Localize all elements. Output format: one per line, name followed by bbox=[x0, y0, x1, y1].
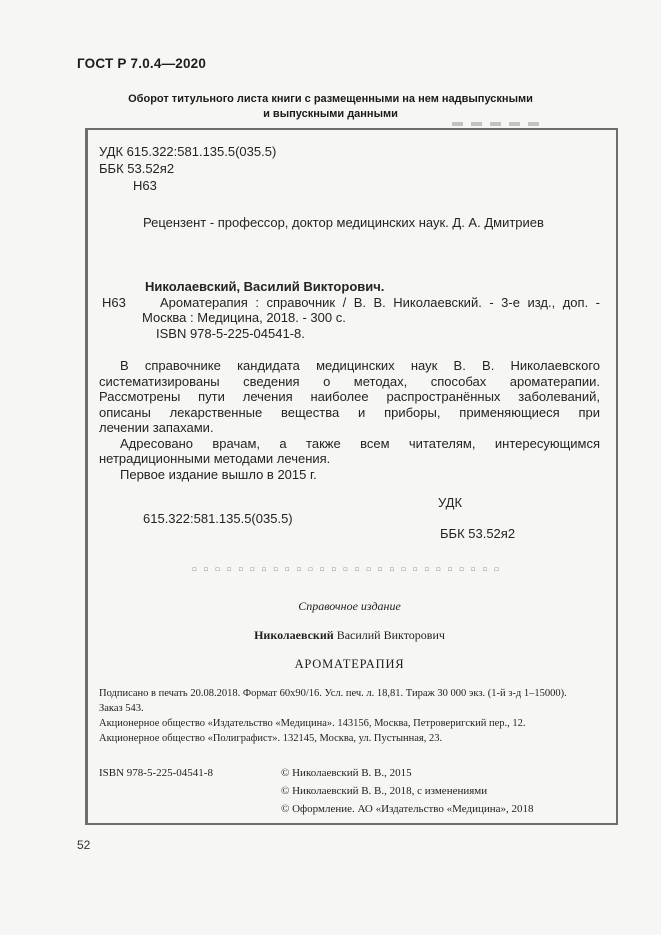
figure-caption-line1: Оборот титульного листа книги с размещен… bbox=[0, 92, 661, 107]
annotation: В справочнике кандидата медицинских наук… bbox=[99, 358, 600, 482]
scan-artifact bbox=[452, 122, 540, 126]
record-author-mark: Н63 bbox=[102, 295, 126, 311]
record-isbn-line: ISBN 978-5-225-04541-8. bbox=[142, 326, 600, 342]
udk-bottom-number: 615.322:581.135.5(035.5) bbox=[143, 511, 600, 527]
copyright-line: © Николаевский В. В., 2015 bbox=[281, 764, 534, 782]
bbk-bottom-line: ББК 53.52я2 bbox=[440, 526, 600, 542]
title-verso-example-box: УДК 615.322:581.135.5(035.5) ББК 53.52я2… bbox=[85, 128, 618, 825]
bibliographic-record: Н63 Ароматерапия : справочник / В. В. Ни… bbox=[142, 295, 600, 342]
imprint-line: Заказ 543. bbox=[99, 701, 600, 716]
imprint-line: Акционерное общество «Издательство «Меди… bbox=[99, 716, 600, 731]
annotation-line: Адресовано врачам, а также всем читателя… bbox=[99, 436, 600, 452]
squares-separator: □□□□□□□□□□□□□□□□□□□□□□□□□□□ bbox=[99, 565, 600, 575]
annotation-line: В справочнике кандидата медицинских наук… bbox=[99, 358, 600, 374]
annotation-line: систематизированы сведения о методах, сп… bbox=[99, 374, 600, 390]
page-number: 52 bbox=[77, 838, 90, 852]
isbn: ISBN 978-5-225-04541-8 bbox=[99, 764, 281, 818]
imprint-line: Подписано в печать 20.08.2018. Формат 60… bbox=[99, 686, 600, 701]
bbk-top-line: ББК 53.52я2 bbox=[99, 160, 600, 177]
annotation-line: Первое издание вышло в 2015 г. bbox=[99, 467, 600, 483]
classification-repeat-block: УДК 615.322:581.135.5(035.5) ББК 53.52я2 bbox=[99, 495, 600, 542]
annotation-line: лечении запахами. bbox=[99, 420, 600, 436]
udk-top-line: УДК 615.322:581.135.5(035.5) bbox=[99, 143, 600, 160]
annotation-line: описаны лекарственные вещества и приборы… bbox=[99, 405, 600, 421]
edition-type: Справочное издание bbox=[99, 599, 600, 614]
edition-author-names: Василий Викторович bbox=[334, 628, 445, 642]
record-line: Ароматерапия : справочник / В. В. Никола… bbox=[142, 295, 600, 311]
udk-bottom-label: УДК bbox=[438, 495, 600, 511]
edition-author: Николаевский Василий Викторович bbox=[99, 628, 600, 643]
imprint-line: Акционерное общество «Полиграфист». 1321… bbox=[99, 731, 600, 746]
author-heading: Николаевский, Василий Викторович. bbox=[145, 279, 600, 295]
copyright-line: © Оформление. АО «Издательство «Медицина… bbox=[281, 800, 534, 818]
edition-title: АРОМАТЕРАПИЯ bbox=[99, 657, 600, 672]
copyright-line: © Николаевский В. В., 2018, с изменениям… bbox=[281, 782, 534, 800]
copyright-block: © Николаевский В. В., 2015 © Николаевски… bbox=[281, 764, 534, 818]
record-line: Москва : Медицина, 2018. - 300 с. bbox=[142, 310, 600, 326]
standard-code: ГОСТ Р 7.0.4—2020 bbox=[77, 56, 206, 71]
isbn-copyright-row: ISBN 978-5-225-04541-8 © Николаевский В.… bbox=[99, 764, 600, 818]
figure-caption: Оборот титульного листа книги с размещен… bbox=[0, 92, 661, 122]
edition-author-surname: Николаевский bbox=[254, 628, 334, 642]
reviewer-line: Рецензент - профессор, доктор медицински… bbox=[143, 214, 600, 231]
figure-caption-line2: и выпускными данными bbox=[0, 107, 661, 122]
annotation-line: нетрадиционными методами лечения. bbox=[99, 451, 600, 467]
annotation-line: Рассмотрены пути лечения наиболее распро… bbox=[99, 389, 600, 405]
imprint-block: Подписано в печать 20.08.2018. Формат 60… bbox=[99, 686, 600, 747]
author-mark-top: Н63 bbox=[133, 177, 600, 194]
